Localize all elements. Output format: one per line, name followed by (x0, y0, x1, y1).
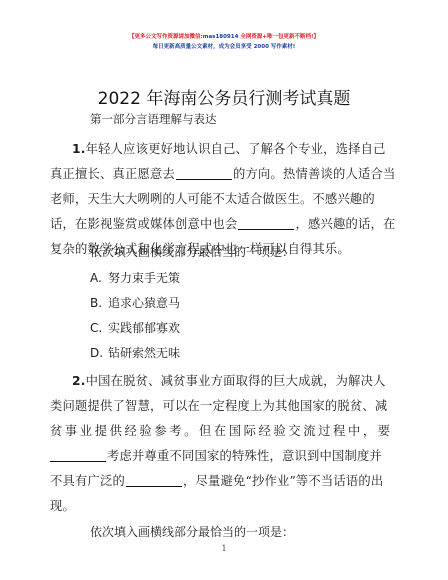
question-text: ，尽量避免“抄作业”等不当话语的出 (183, 474, 383, 488)
fill-blank (176, 168, 232, 180)
question-number: 1. (72, 142, 86, 156)
question-number: 2. (72, 374, 86, 388)
question-line: 贫事业提供经验参考。但在国际经验交流过程中，要 (50, 421, 400, 439)
question-line: 2.中国在脱贫、减贫事业方面取得的巨大成就，为解决人 (72, 371, 422, 389)
fill-blank (50, 450, 106, 462)
question-line: 1.年轻人应该更好地认识自己、了解各个专业，选择自己 (72, 139, 422, 157)
question-line: 话，在影视鉴赏或媒体创意中也会，感兴趣的话，在 (50, 214, 400, 232)
option-text: 钻研索然无味 (108, 346, 180, 360)
option-d: D.钻研索然无味 (90, 344, 180, 361)
question-text: 不具有广泛的 (50, 474, 125, 488)
document-title: 2022 年海南公务员行测考试真题 (0, 84, 448, 109)
question-line: 考虑并尊重不同国家的特殊性，意识到中国制度并 (50, 446, 400, 464)
option-letter: B. (90, 296, 108, 310)
question-prompt: 依次填入画横线部分最恰当的一项是： (90, 243, 294, 260)
question-text: 考虑并尊重不同国家的特殊性，意识到中国制度并 (107, 449, 382, 463)
option-text: 追求心猿意马 (108, 296, 180, 310)
page-number: 1 (0, 544, 448, 553)
question-line: 现。 (50, 496, 400, 514)
section-heading: 第一部分言语理解与表达 (90, 111, 217, 127)
question-text: 话，在影视鉴赏或媒体创意中也会 (50, 217, 237, 231)
question-line: 类问题提供了智慧，可以在一定程度上为其他国家的脱贫、减 (50, 396, 400, 414)
question-text: ，感兴趣的话，在 (295, 217, 395, 231)
promo-banner-line-1: 【更多公文写作资源请加微信:mas180914 全网资源+唯一包更新不断档!】 (0, 32, 448, 40)
wechat-id: mas180914 (203, 34, 239, 40)
fill-blank (126, 475, 182, 487)
question-line: 真正擅长、真正愿意去的方向。热情善谈的人适合当 (50, 164, 400, 182)
question-text: 的方向。热情善谈的人适合当 (233, 167, 395, 181)
question-text: 中国在脱贫、减贫事业方面取得的巨大成就，为解决人 (86, 374, 386, 388)
question-text: 年轻人应该更好地认识自己、了解各个专业，选择自己 (86, 142, 386, 156)
option-b: B.追求心猿意马 (90, 294, 180, 311)
promo-text: 全网资源+唯一包更新不断档!】 (238, 34, 319, 40)
option-a: A.努力束手无策 (90, 269, 180, 286)
option-c: C.实践郁郁寡欢 (90, 319, 180, 336)
question-prompt: 依次填入画横线部分最恰当的一项是： (90, 523, 294, 540)
fill-blank (238, 218, 294, 230)
option-letter: A. (90, 271, 108, 285)
question-line: 不具有广泛的，尽量避免“抄作业”等不当话语的出 (50, 471, 400, 489)
option-letter: C. (90, 321, 108, 335)
option-text: 实践郁郁寡欢 (108, 321, 180, 335)
option-text: 努力束手无策 (108, 271, 180, 285)
promo-banner-line-2: 每日更新高质量公文素材，成为会员享受 2000 写作素材! (0, 42, 448, 50)
question-line: 老师，天生大大咧咧的人可能不太适合做医生。不感兴趣的 (50, 189, 400, 207)
promo-text: 【更多公文写作资源请加微信: (129, 34, 203, 40)
question-text: 真正擅长、真正愿意去 (50, 167, 175, 181)
option-letter: D. (90, 346, 108, 360)
